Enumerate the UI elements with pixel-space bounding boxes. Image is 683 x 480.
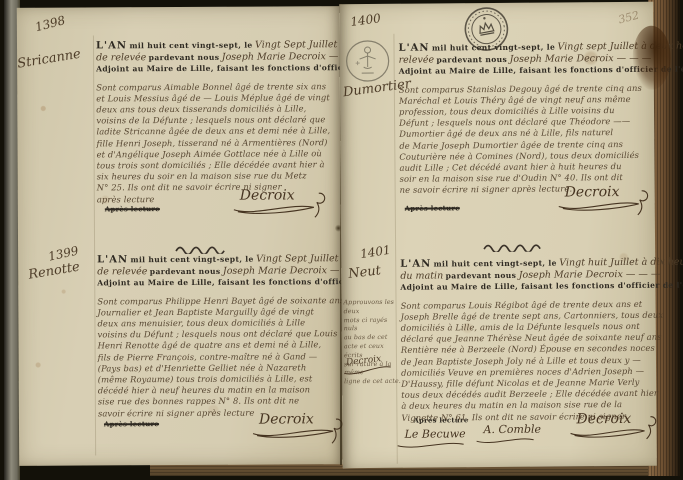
paraph-flourish [641,415,659,441]
margin-name-stricanne: Stricanne [16,47,82,72]
record-header-line: Adjoint au Maire de Lille, faisant les f… [400,280,654,293]
signature-swash [557,197,643,214]
record-header-line: Adjoint au Maire de Lille, faisant les f… [399,64,653,77]
margin-name-renotte: Renotte [27,260,81,283]
margin-name-neut: Neut [348,263,382,282]
record-header-line: Adjoint au Maire de Lille, faisant les f… [97,276,339,289]
handwritten-line: mots ci rayés nuls [344,316,402,334]
handwritten-date-2: du matin [400,270,443,281]
record-header-line: Adjoint au Maire de Lille, faisant les f… [96,62,338,75]
register-page-left: 1398 Stricanne L'AN mil huit cent vingt-… [17,6,343,466]
printed-pardevant: pardevant nous [446,270,517,280]
death-record-1401: L'AN mil huit cent vingt-sept, le Vingt … [400,257,655,424]
folio-number: 352 [617,9,641,27]
squiggle-separator [175,245,233,254]
paraph-flourish [632,189,652,217]
handwritten-date-2: de relevée [97,266,147,277]
handwritten-line: ligne de cet acte. [344,378,402,387]
printed-pardevant: pardevant nous [436,54,507,64]
register-page-right: 352 1400 Dumortier L'AN mil huit cent vi… [339,2,657,468]
page-number-1400: 1400 [350,11,382,29]
handwritten-date: Vingt huit Juillet à dix heures [559,256,683,268]
record-body: Sont comparus Aimable Bonnel âgé de tren… [96,81,339,205]
signature-decroix: Decroix [565,184,620,200]
page-number-1401: 1401 [359,243,391,261]
signature-decroix: Decroix [259,411,314,427]
signature-swash [251,424,337,440]
handwritten-date-2: de relevée [96,52,146,63]
printed-adjoint: Adjoint au Maire de Lille, faisant les f… [400,280,683,292]
handwritten-officer: Joseph Marie Decroix — — — [519,268,661,280]
handwritten-date-2: relevée [399,54,435,65]
signature-witness-2: A. Comble [483,423,541,436]
apres-lecture-label: Après lecture [104,420,159,428]
death-record-1398: L'AN mil huit cent vingt-sept, le Vingt … [96,39,339,205]
apres-lecture-label: Après lecture [413,416,468,424]
printed-lan: L'AN [398,43,429,54]
paraph-flourish [309,191,329,219]
handwritten-line: Approuvons les deux [343,299,401,317]
printed-lan: L'AN [96,40,127,51]
signature-swash [397,438,467,451]
apres-lecture-label: Après lecture [105,205,160,213]
printed-pardevant: pardevant nous [149,52,220,61]
death-record-1400: L'AN mil huit cent vingt-sept, le Vingt … [398,41,653,197]
record-body: Sont comparus Stanislas Degouy âgé de tr… [399,82,654,196]
signature-decroix: Decroix [240,187,295,203]
margin-rule [393,34,397,464]
printed-year: mil huit cent vingt-sept, le [432,43,555,53]
record-body: Sont comparus Philippe Henri Bayet âgé d… [97,295,340,419]
signature-swash [568,424,648,441]
printed-year: mil huit cent vingt-sept, le [131,255,254,265]
handwritten-officer: Joseph Marie Decroix — — — [510,52,652,64]
printed-year: mil huit cent vingt-sept, le [129,41,252,51]
page-number-1398: 1398 [34,13,67,34]
figure-stamp-icon [344,39,390,83]
printed-year: mil huit cent vingt-sept, le [434,259,557,269]
signature-witness-1: Le Becuwe [405,427,466,440]
printed-lan: L'AN [400,259,431,270]
squiggle-separator [483,243,545,252]
ink-stain [632,26,671,90]
death-record-1399: L'AN mil huit cent vingt-sept, le Vingt … [97,253,340,419]
apres-lecture-label: Après lecture [405,204,460,212]
signature-swash [476,434,536,446]
register-scan: 1398 Stricanne L'AN mil huit cent vingt-… [0,0,683,480]
printed-pardevant: pardevant nous [150,266,221,275]
printed-lan: L'AN [97,254,128,265]
signature-decroix: Decroix [576,411,631,427]
signature-swash [232,200,318,216]
handwritten-line: au bas de cet [344,334,402,343]
record-body: Sont comparus Louis Régibot âgé de trent… [401,298,656,423]
